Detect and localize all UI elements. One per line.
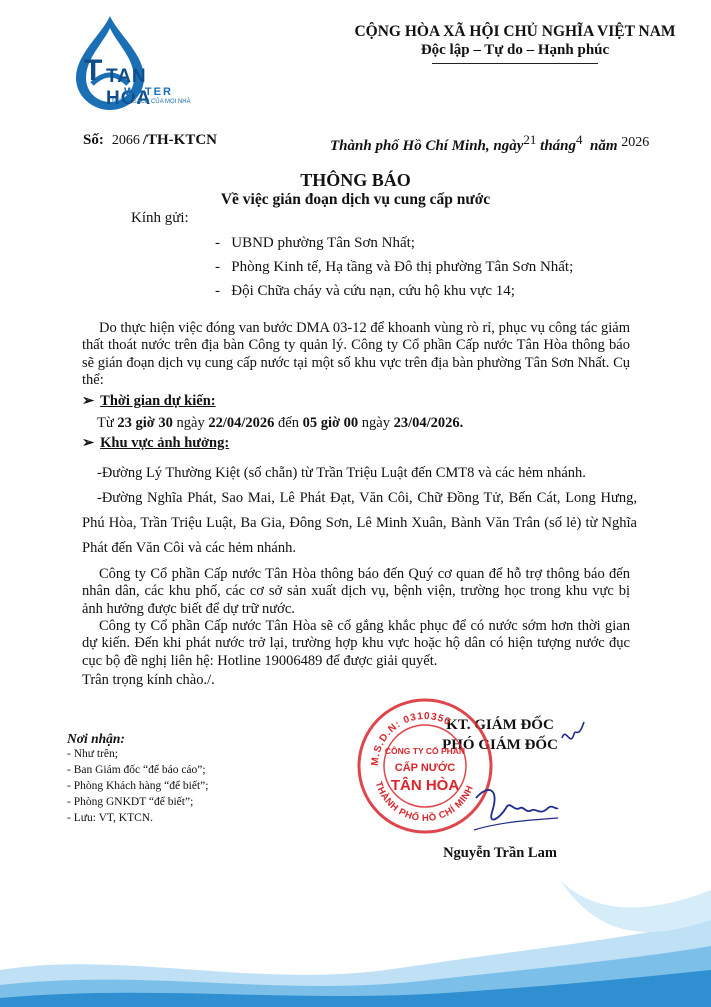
svg-text:T: T [84, 54, 102, 87]
date-prefix: Thành phố Hồ Chí Minh, ngày [330, 138, 523, 154]
date-year-label: năm [590, 138, 618, 154]
date-year: 2026 [621, 135, 649, 150]
date-month-label: tháng [540, 138, 576, 154]
document-number: Số:2066/TH-KTCN [83, 132, 217, 149]
wave-decoration-icon [0, 880, 711, 1007]
number-label: Số: [83, 132, 104, 148]
notice-paragraph: Công ty Cổ phần Cấp nước Tân Hòa thông b… [82, 566, 630, 618]
logo-brand-sub: WATER [124, 86, 173, 98]
recipient-item: - Phòng Kinh tế, Hạ tầng và Đô thị phườn… [215, 259, 573, 276]
document-subtitle: Về việc gián đoạn dịch vụ cung cấp nước [0, 191, 711, 209]
date-month: 4 [576, 132, 583, 147]
document-date: Thành phố Hồ Chí Minh, ngày21 tháng4 năm… [330, 132, 649, 155]
logo-tagline: NƯỚC SẠCH CỦA MỌI NHÀ [112, 99, 191, 105]
nation-title: CỘNG HÒA XÃ HỘI CHỦ NGHĨA VIỆT NAM [330, 22, 700, 42]
svg-text:TÂN HÒA: TÂN HÒA [391, 776, 459, 794]
receiver-item: - Phòng Khách hàng “để biết”; [67, 780, 208, 792]
number-suffix: /TH-KTCN [143, 132, 217, 148]
motto-underline [432, 63, 598, 64]
area-item: -Đường Nghĩa Phát, Sao Mai, Lê Phát Đạt,… [82, 486, 637, 561]
date-day: 21 [523, 132, 536, 147]
area-label: Khu vực ảnh hưởng: [100, 435, 229, 451]
intro-paragraph: Do thực hiện việc đóng van bước DMA 03-1… [82, 320, 630, 390]
handwritten-initial [560, 718, 586, 754]
svg-text:CẤP NƯỚC: CẤP NƯỚC [395, 761, 456, 774]
recipient-item: - UBND phường Tân Sơn Nhất; [215, 235, 415, 252]
end-time: 05 giờ 00 [303, 415, 359, 431]
start-time: 23 giờ 30 [117, 415, 173, 431]
decorative-waves [0, 880, 711, 1007]
closing-line: Trân trọng kính chào./. [82, 672, 630, 689]
start-date: 22/04/2026 [208, 415, 274, 431]
time-label: Thời gian dự kiến: [100, 393, 215, 409]
time-heading: ➢Thời gian dự kiến: [82, 393, 216, 410]
svg-text:CÔNG TY CỔ PHẦN: CÔNG TY CỔ PHẦN [385, 745, 465, 756]
area-heading: ➢Khu vực ảnh hưởng: [82, 435, 229, 452]
initial-scribble-icon [560, 718, 586, 754]
signature-scribble-icon [470, 778, 560, 838]
receiver-item: - Như trên; [67, 748, 118, 760]
arrow-bullet-icon: ➢ [82, 393, 94, 409]
signer-name: Nguyễn Trần Lam [350, 845, 650, 862]
company-logo: T TAN HOA WATER NƯỚC SẠCH CỦA MỌI NHÀ [62, 14, 192, 114]
svg-text:M.S.D.N: 0310350: M.S.D.N: 0310350 [370, 711, 453, 766]
area-item: -Đường Lý Thường Kiệt (số chẵn) từ Trần … [82, 462, 637, 484]
receivers-title: Nơi nhận: [67, 731, 125, 747]
time-range: Từ 23 giờ 30 ngày 22/04/2026 đến 05 giờ … [97, 415, 463, 432]
effort-paragraph: Công ty Cổ phần Cấp nước Tân Hòa sẽ cố g… [82, 618, 630, 670]
receiver-item: - Lưu: VT, KTCN. [67, 812, 153, 824]
number-value: 2066 [112, 133, 140, 148]
greeting: Kính gửi: [131, 210, 189, 227]
handwritten-signature [470, 778, 560, 838]
recipient-item: - Đội Chữa cháy và cứu nạn, cứu hộ khu v… [215, 283, 515, 300]
nation-motto: Độc lập – Tự do – Hạnh phúc [330, 42, 700, 59]
end-date: 23/04/2026. [394, 415, 464, 431]
arrow-bullet-icon: ➢ [82, 435, 94, 451]
receiver-item: - Phòng GNKDT “để biết”; [67, 796, 193, 808]
receiver-item: - Ban Giám đốc “để báo cáo”; [67, 764, 206, 776]
document-title: THÔNG BÁO [0, 170, 711, 191]
